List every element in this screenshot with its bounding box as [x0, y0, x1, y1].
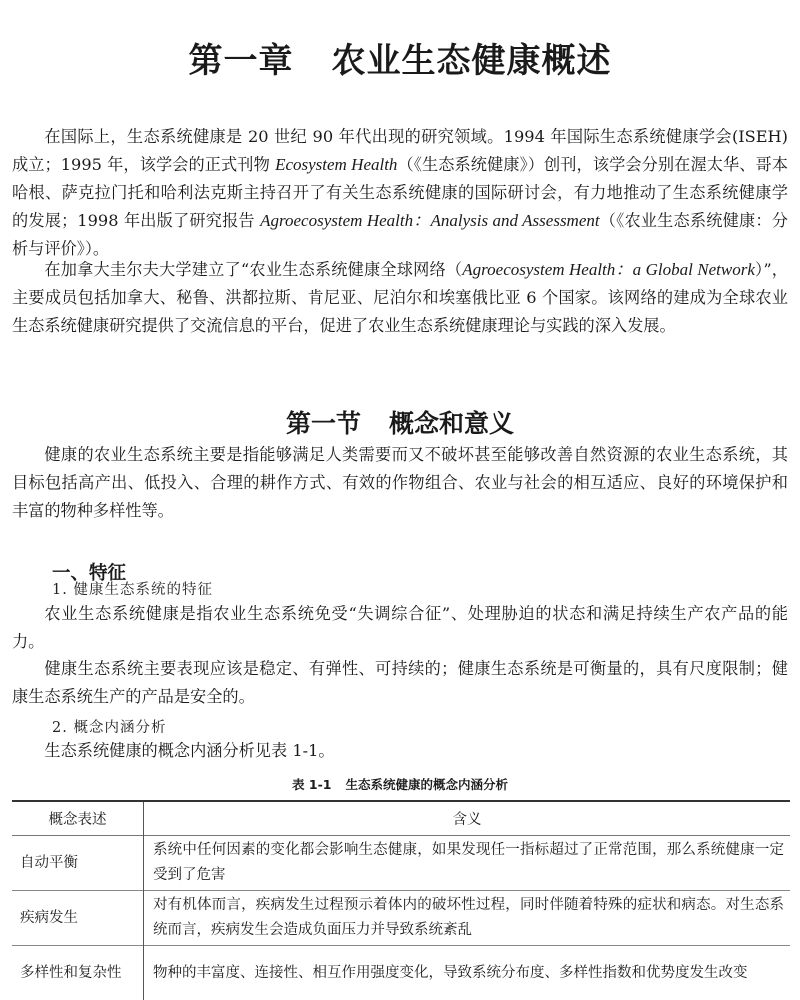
- table-title: 生态系统健康的概念内涵分析: [345, 777, 508, 792]
- table-number: 表 1-1: [292, 777, 331, 792]
- text-run: 在加拿大圭尔夫大学建立了“农业生态系统健康全球网络（: [44, 260, 462, 279]
- table-row: 疾病发生 对有机体而言，疾病发生过程预示着体内的破坏性过程，同时伴随着特殊的症状…: [12, 891, 790, 946]
- concept-cell: 多样性和复杂性: [12, 946, 144, 1000]
- column-header-meaning: 含义: [144, 801, 791, 836]
- intro-paragraph-1: 在国际上，生态系统健康是 20 世纪 90 年代出现的研究领域。1994 年国际…: [12, 123, 788, 263]
- chapter-title: 第一章农业生态健康概述: [0, 33, 800, 82]
- meaning-cell: 物种的丰富度、连接性、相互作用强度变化，导致系统分布度、多样性指数和优势度发生改…: [144, 946, 791, 1000]
- meaning-cell: 系统中任何因素的变化都会影响生态健康，如果发现任一指标超过了正常范围，那么系统健…: [144, 836, 791, 891]
- section-paragraph: 健康的农业生态系统主要是指能够满足人类需要而又不破坏甚至能够改善自然资源的农业生…: [12, 441, 788, 525]
- section-number: 第一节: [286, 409, 361, 438]
- concept-cell: 自动平衡: [12, 836, 144, 891]
- column-header-concept: 概念表述: [12, 801, 144, 836]
- meaning-cell: 对有机体而言，疾病发生过程预示着体内的破坏性过程，同时伴随着特殊的症状和病态。对…: [144, 891, 791, 946]
- intro-paragraph-2: 在加拿大圭尔夫大学建立了“农业生态系统健康全球网络（Agroecosystem …: [12, 256, 788, 340]
- network-name: Agroecosystem Health：a Global Network: [462, 260, 755, 279]
- section-title: 第一节概念和意义: [0, 404, 800, 440]
- concept-table: 概念表述 含义 自动平衡 系统中任何因素的变化都会影响生态健康，如果发现任一指标…: [12, 800, 790, 1000]
- table-row: 自动平衡 系统中任何因素的变化都会影响生态健康，如果发现任一指标超过了正常范围，…: [12, 836, 790, 891]
- table-header-row: 概念表述 含义: [12, 801, 790, 836]
- section-name: 概念和意义: [389, 409, 514, 438]
- concept-cell: 疾病发生: [12, 891, 144, 946]
- journal-title: Ecosystem Health: [275, 155, 397, 174]
- chapter-number: 第一章: [189, 41, 294, 81]
- table-caption: 表 1-1生态系统健康的概念内涵分析: [0, 775, 800, 793]
- item-heading-2: 2. 概念内涵分析: [52, 716, 166, 737]
- chapter-name: 农业生态健康概述: [332, 41, 612, 81]
- report-title: Agroecosystem Health：Analysis and Assess…: [260, 211, 599, 230]
- item2-paragraph-1: 生态系统健康的概念内涵分析见表 1-1。: [12, 737, 788, 765]
- item1-paragraph-2: 健康生态系统主要表现应该是稳定、有弹性、可持续的；健康生态系统是可衡量的，具有尺…: [12, 655, 788, 711]
- item1-paragraph-1: 农业生态系统健康是指农业生态系统免受“失调综合征”、处理胁迫的状态和满足持续生产…: [12, 600, 788, 656]
- item-heading-1: 1. 健康生态系统的特征: [52, 578, 213, 599]
- table-row: 多样性和复杂性 物种的丰富度、连接性、相互作用强度变化，导致系统分布度、多样性指…: [12, 946, 790, 1000]
